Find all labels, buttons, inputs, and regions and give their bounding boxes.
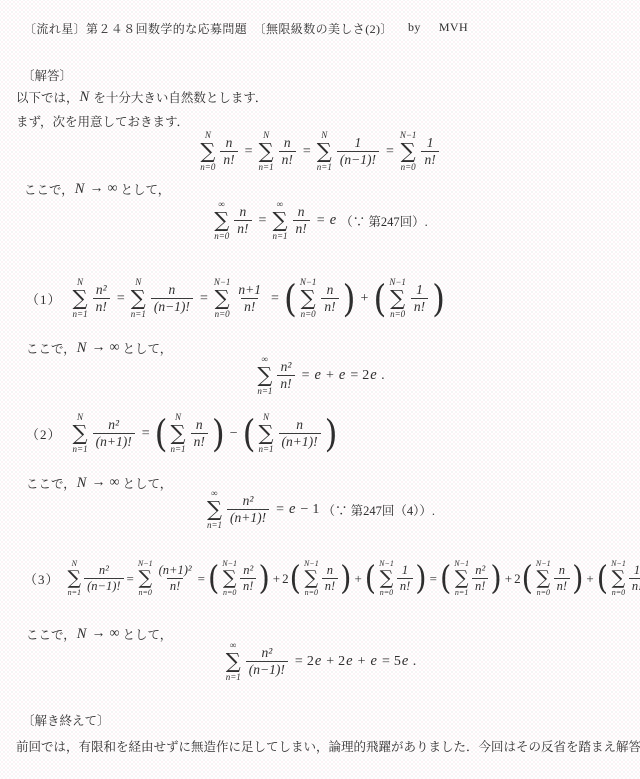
sum-symbol: N∑n=1 — [68, 560, 82, 597]
sigma-glyph: ∑ — [380, 568, 394, 589]
sum-lower-limit: n=1 — [131, 310, 146, 319]
fraction: n²(n+1)! — [227, 493, 269, 526]
section-1-formula: （1） N∑n=1n²n!=N∑n=1n(n−1)!=N−1∑n=0n+1n!=… — [26, 278, 446, 319]
sum-lower-limit: n=0 — [537, 589, 550, 597]
operator: + — [326, 368, 334, 384]
fraction: nn! — [322, 563, 338, 594]
operator: = — [117, 291, 125, 307]
section-2-label: （2） — [26, 424, 62, 443]
sum-lower-limit: n=1 — [272, 232, 287, 241]
left-paren: ( — [290, 564, 301, 593]
sigma-glyph: ∑ — [259, 140, 274, 163]
text-run: を十分大きい自然数とします． — [90, 88, 267, 106]
math-variable: e — [315, 653, 321, 670]
fraction-denominator: n! — [277, 375, 294, 392]
sum-lower-limit: n=1 — [455, 589, 468, 597]
sum-symbol: N∑n=0 — [200, 131, 215, 172]
sigma-glyph: ∑ — [131, 287, 146, 310]
sigma-glyph: ∑ — [401, 140, 416, 163]
fraction-numerator: n² — [105, 417, 122, 433]
right-paren: ) — [325, 417, 338, 450]
math-number: . — [378, 368, 385, 384]
math-number: 2 — [514, 571, 521, 587]
math-variable: N — [77, 626, 87, 643]
sum-lower-limit: n=1 — [257, 387, 272, 396]
intro-line-2-text: まず，次を用意しておきます． — [16, 112, 189, 130]
fraction: nn! — [279, 135, 296, 168]
left-paren: ( — [440, 564, 451, 593]
sum-symbol: N−1∑n=0 — [304, 560, 319, 597]
math-number: 1 — [312, 502, 319, 518]
fraction: n²(n+1)! — [93, 417, 135, 450]
operator: = — [200, 291, 208, 307]
fraction: n²n! — [93, 282, 110, 315]
fraction-numerator: 1 — [424, 135, 437, 151]
operator: = — [276, 502, 284, 518]
fraction: nn! — [554, 563, 570, 594]
math-number: 2 — [282, 571, 289, 587]
operator: = — [198, 571, 205, 587]
operator: + — [326, 654, 334, 670]
fraction: n²n! — [277, 359, 294, 392]
section-2-formula: （2） N∑n=1n²(n+1)!=(N∑n=1nn!)−(N∑n=1n(n+1… — [26, 413, 339, 454]
section-3-result: ∞∑n=1n²(n−1)!=2e+2e+e=5e . — [0, 641, 640, 682]
fraction: 1n! — [397, 563, 413, 594]
sum-symbol: N−1∑n=0 — [300, 278, 317, 319]
fraction: n²(n−1)! — [84, 563, 123, 594]
fraction-numerator: 1 — [413, 282, 426, 298]
sum-lower-limit: n=0 — [305, 589, 318, 597]
sum-symbol: N∑n=1 — [170, 413, 185, 454]
left-paren: ( — [373, 282, 386, 315]
math-variable: e — [315, 367, 321, 384]
fraction-numerator: n² — [258, 645, 275, 661]
operator: = — [350, 368, 358, 384]
math-variable: e — [346, 653, 352, 670]
limit-intro-line-1: ここで，N→∞ として， — [24, 180, 170, 198]
math-variable: e — [370, 367, 376, 384]
section-3-math: N∑n=1n²(n−1)!=N−1∑n=0(n+1)²n!=(N−1∑n=0n²… — [66, 560, 640, 597]
section-1-result: ∞∑n=1n²n!=e+e=2e . — [0, 355, 640, 396]
sigma-glyph: ∑ — [272, 209, 287, 232]
fraction-denominator: (n+1)! — [93, 433, 135, 450]
fraction: nn! — [293, 204, 310, 237]
math-variable: N — [75, 181, 85, 198]
operator: = — [386, 144, 394, 160]
fraction-numerator: n² — [93, 282, 110, 298]
sum-lower-limit: n=1 — [226, 673, 241, 682]
fraction-numerator: n — [293, 417, 306, 433]
sum-symbol: N∑n=1 — [73, 413, 88, 454]
fraction-numerator: n — [556, 563, 568, 578]
fraction-numerator: n² — [240, 493, 257, 509]
sum-lower-limit: n=1 — [317, 163, 332, 172]
math-variable: N — [77, 340, 87, 357]
prelim-finite-formula: N∑n=0nn!=N∑n=1nn!=N∑n=11(n−1)!=N−1∑n=01n… — [0, 131, 640, 172]
fraction-denominator: (n−1)! — [84, 578, 123, 594]
fraction-numerator: n — [166, 282, 179, 298]
operator: + — [361, 291, 369, 307]
fraction: n+1n! — [235, 282, 264, 315]
fraction-numerator: 1 — [352, 135, 365, 151]
sum-lower-limit: n=0 — [401, 163, 416, 172]
closing-heading: 〔解き終えて〕 — [22, 711, 110, 729]
sum-symbol: N−1∑n=0 — [400, 131, 417, 172]
operator: − — [300, 502, 308, 518]
fraction-numerator: 1 — [631, 563, 640, 578]
sum-symbol: N∑n=1 — [258, 413, 273, 454]
fraction-numerator: n² — [278, 359, 295, 375]
left-paren: ( — [365, 564, 376, 593]
math-variable: e — [339, 367, 345, 384]
fraction-denominator: n! — [293, 220, 310, 237]
section-3-label: （3） — [24, 569, 60, 588]
sum-symbol: N−1∑n=0 — [379, 560, 394, 597]
math-number: 2 — [362, 368, 369, 384]
sum-lower-limit: n=1 — [207, 521, 222, 530]
sum-symbol: N−1∑n=0 — [138, 560, 153, 597]
prelim-infinite-formula: ∞∑n=0nn!=∞∑n=1nn!=e （∵ 第247回）. — [0, 200, 640, 241]
closing-paragraph: 前回では，有限和を経由せずに無造作に足してしまい，論理的飛躍がありました．今回は… — [16, 737, 640, 755]
sum-symbol: N∑n=1 — [259, 131, 274, 172]
operator: → — [91, 626, 105, 642]
operator: + — [505, 571, 512, 587]
fraction-numerator: n — [295, 204, 308, 220]
math-variable: e — [371, 653, 377, 670]
operator: = — [271, 291, 279, 307]
fraction: n(n+1)! — [279, 417, 321, 450]
by-label: by — [408, 20, 421, 35]
operator: + — [273, 571, 280, 587]
fraction-denominator: n! — [554, 578, 570, 594]
fraction-numerator: n² — [240, 563, 256, 578]
fraction-denominator: (n−1)! — [151, 298, 193, 315]
operator: = — [430, 571, 437, 587]
operator: = — [245, 144, 253, 160]
fraction-numerator: n — [324, 282, 337, 298]
fraction: n²n! — [472, 563, 488, 594]
sigma-glyph: ∑ — [305, 568, 319, 589]
sum-lower-limit: n=1 — [258, 445, 273, 454]
math-variable: e — [289, 501, 295, 518]
sigma-glyph: ∑ — [200, 140, 215, 163]
sigma-glyph: ∑ — [73, 287, 88, 310]
reference-note: （∵ 第247回）. — [337, 212, 428, 230]
answer-heading-label: 〔解答〕 — [22, 66, 72, 84]
fraction: 1n! — [629, 563, 640, 594]
fraction-numerator: n² — [472, 563, 488, 578]
sigma-glyph: ∑ — [317, 140, 332, 163]
sum-lower-limit: n=1 — [73, 310, 88, 319]
sigma-glyph: ∑ — [215, 287, 230, 310]
section-2-math: N∑n=1n²(n+1)!=(N∑n=1nn!)−(N∑n=1n(n+1)!) — [71, 413, 339, 454]
operator: = — [317, 213, 325, 229]
section-3-formula: （3） N∑n=1n²(n−1)!=N−1∑n=0(n+1)²n!=(N−1∑n… — [24, 560, 640, 597]
sum-symbol: ∞∑n=1 — [226, 641, 241, 682]
left-paren: ( — [155, 417, 168, 450]
sigma-glyph: ∑ — [612, 568, 626, 589]
sigma-glyph: ∑ — [537, 568, 551, 589]
fraction-denominator: n! — [241, 298, 258, 315]
sum-lower-limit: n=0 — [215, 310, 230, 319]
reference-note: （∵ 第247回（4））. — [319, 501, 435, 519]
byline: by MVH — [408, 20, 468, 35]
text-run: 以下では， — [16, 88, 79, 106]
fraction-denominator: (n−1)! — [246, 661, 288, 678]
fraction-denominator: n! — [93, 298, 110, 315]
fraction: n²(n−1)! — [246, 645, 288, 678]
sigma-glyph: ∑ — [455, 568, 469, 589]
sum-lower-limit: n=0 — [223, 589, 236, 597]
fraction-numerator: n — [193, 417, 206, 433]
right-paren: ) — [490, 564, 501, 593]
operator: + — [358, 654, 366, 670]
fraction-numerator: n — [281, 135, 294, 151]
left-paren: ( — [208, 564, 219, 593]
operator: → — [91, 340, 105, 356]
sum-lower-limit: n=1 — [73, 445, 88, 454]
sigma-glyph: ∑ — [207, 498, 222, 521]
sigma-glyph: ∑ — [390, 287, 405, 310]
operator: = — [259, 213, 267, 229]
math-variable: e — [330, 212, 336, 229]
sum-symbol: ∞∑n=1 — [257, 355, 272, 396]
intro-line-2: まず，次を用意しておきます． — [16, 112, 189, 130]
sigma-glyph: ∑ — [214, 209, 229, 232]
document-page: 〔流れ星〕第２４８回数学的な応募問題 〔無限級数の美しさ(2)〕 by MVH … — [0, 0, 640, 779]
text-run: ここで， — [24, 180, 74, 198]
math-number: ∞ — [109, 626, 119, 642]
operator: → — [89, 181, 103, 197]
fraction: 1n! — [421, 135, 438, 168]
fraction-denominator: n! — [191, 433, 208, 450]
right-paren: ) — [340, 564, 351, 593]
fraction: 1(n−1)! — [337, 135, 379, 168]
math-variable: N — [80, 89, 90, 106]
sum-symbol: N∑n=1 — [73, 278, 88, 319]
fraction: (n+1)²n! — [156, 563, 195, 594]
intro-line-1: 以下では，N を十分大きい自然数とします． — [16, 88, 267, 106]
left-paren: ( — [597, 564, 608, 593]
sum-symbol: N−1∑n=0 — [611, 560, 626, 597]
operator: = — [295, 654, 303, 670]
fraction-denominator: n! — [167, 578, 183, 594]
sum-lower-limit: n=0 — [214, 232, 229, 241]
sigma-glyph: ∑ — [301, 287, 316, 310]
sum-symbol: N−1∑n=0 — [389, 278, 406, 319]
fraction: nn! — [220, 135, 237, 168]
fraction-numerator: n — [223, 135, 236, 151]
right-paren: ) — [572, 564, 583, 593]
sum-lower-limit: n=0 — [390, 310, 405, 319]
fraction-denominator: n! — [421, 151, 438, 168]
sum-symbol: N∑n=1 — [131, 278, 146, 319]
fraction: n²n! — [240, 563, 256, 594]
sum-lower-limit: n=1 — [170, 445, 185, 454]
sum-lower-limit: n=0 — [301, 310, 316, 319]
fraction-numerator: n² — [96, 563, 112, 578]
sum-symbol: ∞∑n=1 — [207, 489, 222, 530]
left-paren: ( — [243, 417, 256, 450]
sigma-glyph: ∑ — [259, 422, 274, 445]
sigma-glyph: ∑ — [223, 568, 237, 589]
fraction-numerator: 1 — [399, 563, 411, 578]
math-number: . — [409, 654, 416, 670]
fraction-denominator: (n−1)! — [337, 151, 379, 168]
operator: = — [303, 144, 311, 160]
right-paren: ) — [415, 564, 426, 593]
section-2-result: ∞∑n=1n²(n+1)!=e−1 （∵ 第247回（4））. — [0, 489, 640, 530]
left-paren: ( — [284, 282, 297, 315]
page-title: 〔流れ星〕第２４８回数学的な応募問題 〔無限級数の美しさ(2)〕 — [24, 20, 393, 37]
sum-symbol: N−1∑n=0 — [536, 560, 551, 597]
sigma-glyph: ∑ — [171, 422, 186, 445]
fraction-denominator: n! — [234, 220, 251, 237]
sigma-glyph: ∑ — [226, 650, 241, 673]
sum-lower-limit: n=1 — [68, 589, 81, 597]
sum-lower-limit: n=1 — [259, 163, 274, 172]
fraction-denominator: n! — [321, 298, 338, 315]
author-name: MVH — [439, 20, 468, 35]
left-paren: ( — [522, 564, 533, 593]
fraction: nn! — [191, 417, 208, 450]
fraction-denominator: n! — [220, 151, 237, 168]
fraction-denominator: (n+1)! — [279, 433, 321, 450]
closing-paragraph-text: 前回では，有限和を経由せずに無造作に足してしまい，論理的飛躍がありました．今回は… — [16, 737, 640, 755]
sum-symbol: ∞∑n=1 — [272, 200, 287, 241]
fraction-denominator: (n+1)! — [227, 509, 269, 526]
math-number: ∞ — [107, 181, 117, 197]
fraction-denominator: n! — [411, 298, 428, 315]
operator: = — [302, 368, 310, 384]
answer-heading: 〔解答〕 — [22, 66, 72, 84]
section-1-label: （1） — [26, 289, 62, 308]
sum-lower-limit: n=0 — [612, 589, 625, 597]
fraction-denominator: n! — [472, 578, 488, 594]
sigma-glyph: ∑ — [138, 568, 152, 589]
right-paren: ) — [212, 417, 225, 450]
operator: + — [354, 571, 361, 587]
operator: − — [230, 426, 238, 442]
operator: = — [127, 571, 134, 587]
math-number: 5 — [394, 654, 401, 670]
fraction-numerator: n — [324, 563, 336, 578]
closing-heading-label: 〔解き終えて〕 — [22, 711, 110, 729]
operator: + — [586, 571, 593, 587]
fraction-denominator: n! — [629, 578, 640, 594]
right-paren: ) — [258, 564, 269, 593]
title-line: 〔流れ星〕第２４８回数学的な応募問題 〔無限級数の美しさ(2)〕 — [24, 20, 393, 37]
sigma-glyph: ∑ — [73, 422, 88, 445]
fraction-numerator: n — [237, 204, 250, 220]
sum-lower-limit: n=0 — [380, 589, 393, 597]
sum-symbol: N−1∑n=0 — [214, 278, 231, 319]
sum-symbol: N−1∑n=1 — [454, 560, 469, 597]
fraction: 1n! — [411, 282, 428, 315]
text-run: として， — [117, 180, 170, 198]
sigma-glyph: ∑ — [68, 568, 82, 589]
sum-symbol: N∑n=1 — [317, 131, 332, 172]
fraction-numerator: n+1 — [235, 282, 264, 298]
fraction-denominator: n! — [240, 578, 256, 594]
fraction: n(n−1)! — [151, 282, 193, 315]
fraction-denominator: n! — [279, 151, 296, 168]
fraction: nn! — [321, 282, 338, 315]
section-1-math: N∑n=1n²n!=N∑n=1n(n−1)!=N−1∑n=0n+1n!=(N−1… — [71, 278, 447, 319]
sum-lower-limit: n=0 — [139, 589, 152, 597]
fraction: nn! — [234, 204, 251, 237]
math-number: 2 — [338, 654, 345, 670]
math-number: 2 — [307, 654, 314, 670]
right-paren: ) — [432, 282, 445, 315]
operator: = — [142, 426, 150, 442]
math-number: ∞ — [109, 340, 119, 356]
sigma-glyph: ∑ — [257, 364, 272, 387]
math-variable: e — [402, 653, 408, 670]
sum-symbol: N−1∑n=0 — [222, 560, 237, 597]
operator: = — [382, 654, 390, 670]
fraction-numerator: (n+1)² — [156, 563, 195, 578]
sum-symbol: ∞∑n=0 — [214, 200, 229, 241]
fraction-denominator: n! — [322, 578, 338, 594]
right-paren: ) — [343, 282, 356, 315]
sum-lower-limit: n=0 — [200, 163, 215, 172]
fraction-denominator: n! — [397, 578, 413, 594]
